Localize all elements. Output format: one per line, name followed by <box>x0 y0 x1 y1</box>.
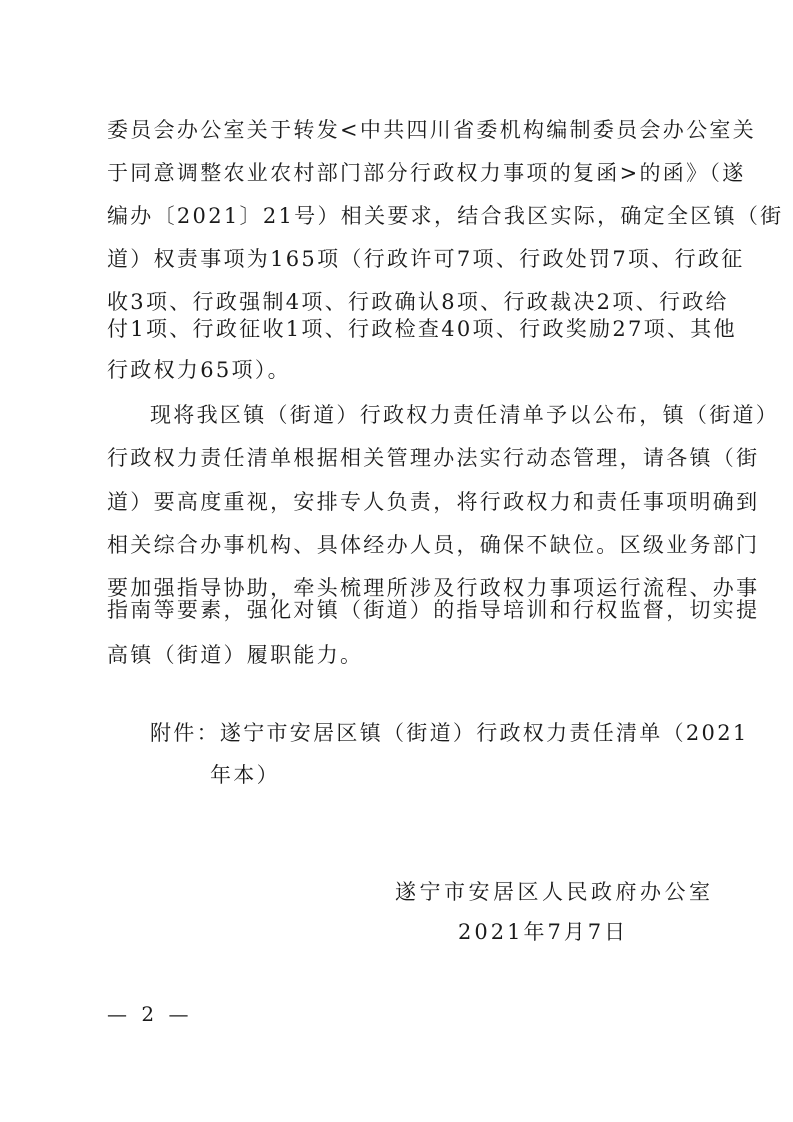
text-line: 行政权力责任清单根据相关管理办法实行动态管理，请各镇（街 <box>107 444 697 472</box>
text-line: 行政权力65项）。 <box>107 356 697 384</box>
attachment-line: 年本） <box>210 761 280 789</box>
text-line: 高镇（街道）履职能力。 <box>107 641 697 669</box>
issuer-name: 遂宁市安居区人民政府办公室 <box>395 878 714 906</box>
text-line: 收3项、行政强制4项、行政确认8项、行政裁决2项、行政给 <box>107 288 697 316</box>
text-line: 相关综合办事机构、具体经办人员，确保不缺位。区级业务部门 <box>107 531 697 559</box>
page-number: — 2 — <box>107 1002 192 1026</box>
attachment-line: 附件：遂宁市安居区镇（街道）行政权力责任清单（2021 <box>150 719 697 747</box>
text-line: 道）要高度重视，安排专人负责，将行政权力和责任事项明确到 <box>107 488 697 516</box>
text-line: 委员会办公室关于转发<中共四川省委机构编制委员会办公室关 <box>107 116 697 144</box>
text-line: 指南等要素，强化对镇（街道）的指导培训和行权监督，切实提 <box>107 596 697 624</box>
text-line: 于同意调整农业农村部门部分行政权力事项的复函>的函》（遂 <box>107 159 697 187</box>
text-line: 现将我区镇（街道）行政权力责任清单予以公布，镇（街道） <box>150 401 697 429</box>
text-line: 道）权责事项为165项（行政许可7项、行政处罚7项、行政征 <box>107 245 697 273</box>
text-line: 编办〔2021〕21号）相关要求，结合我区实际，确定全区镇（街 <box>107 202 697 230</box>
text-line: 付1项、行政征收1项、行政检查40项、行政奖励27项、其他 <box>107 315 697 343</box>
issue-date: 2021年7月7日 <box>458 918 628 946</box>
